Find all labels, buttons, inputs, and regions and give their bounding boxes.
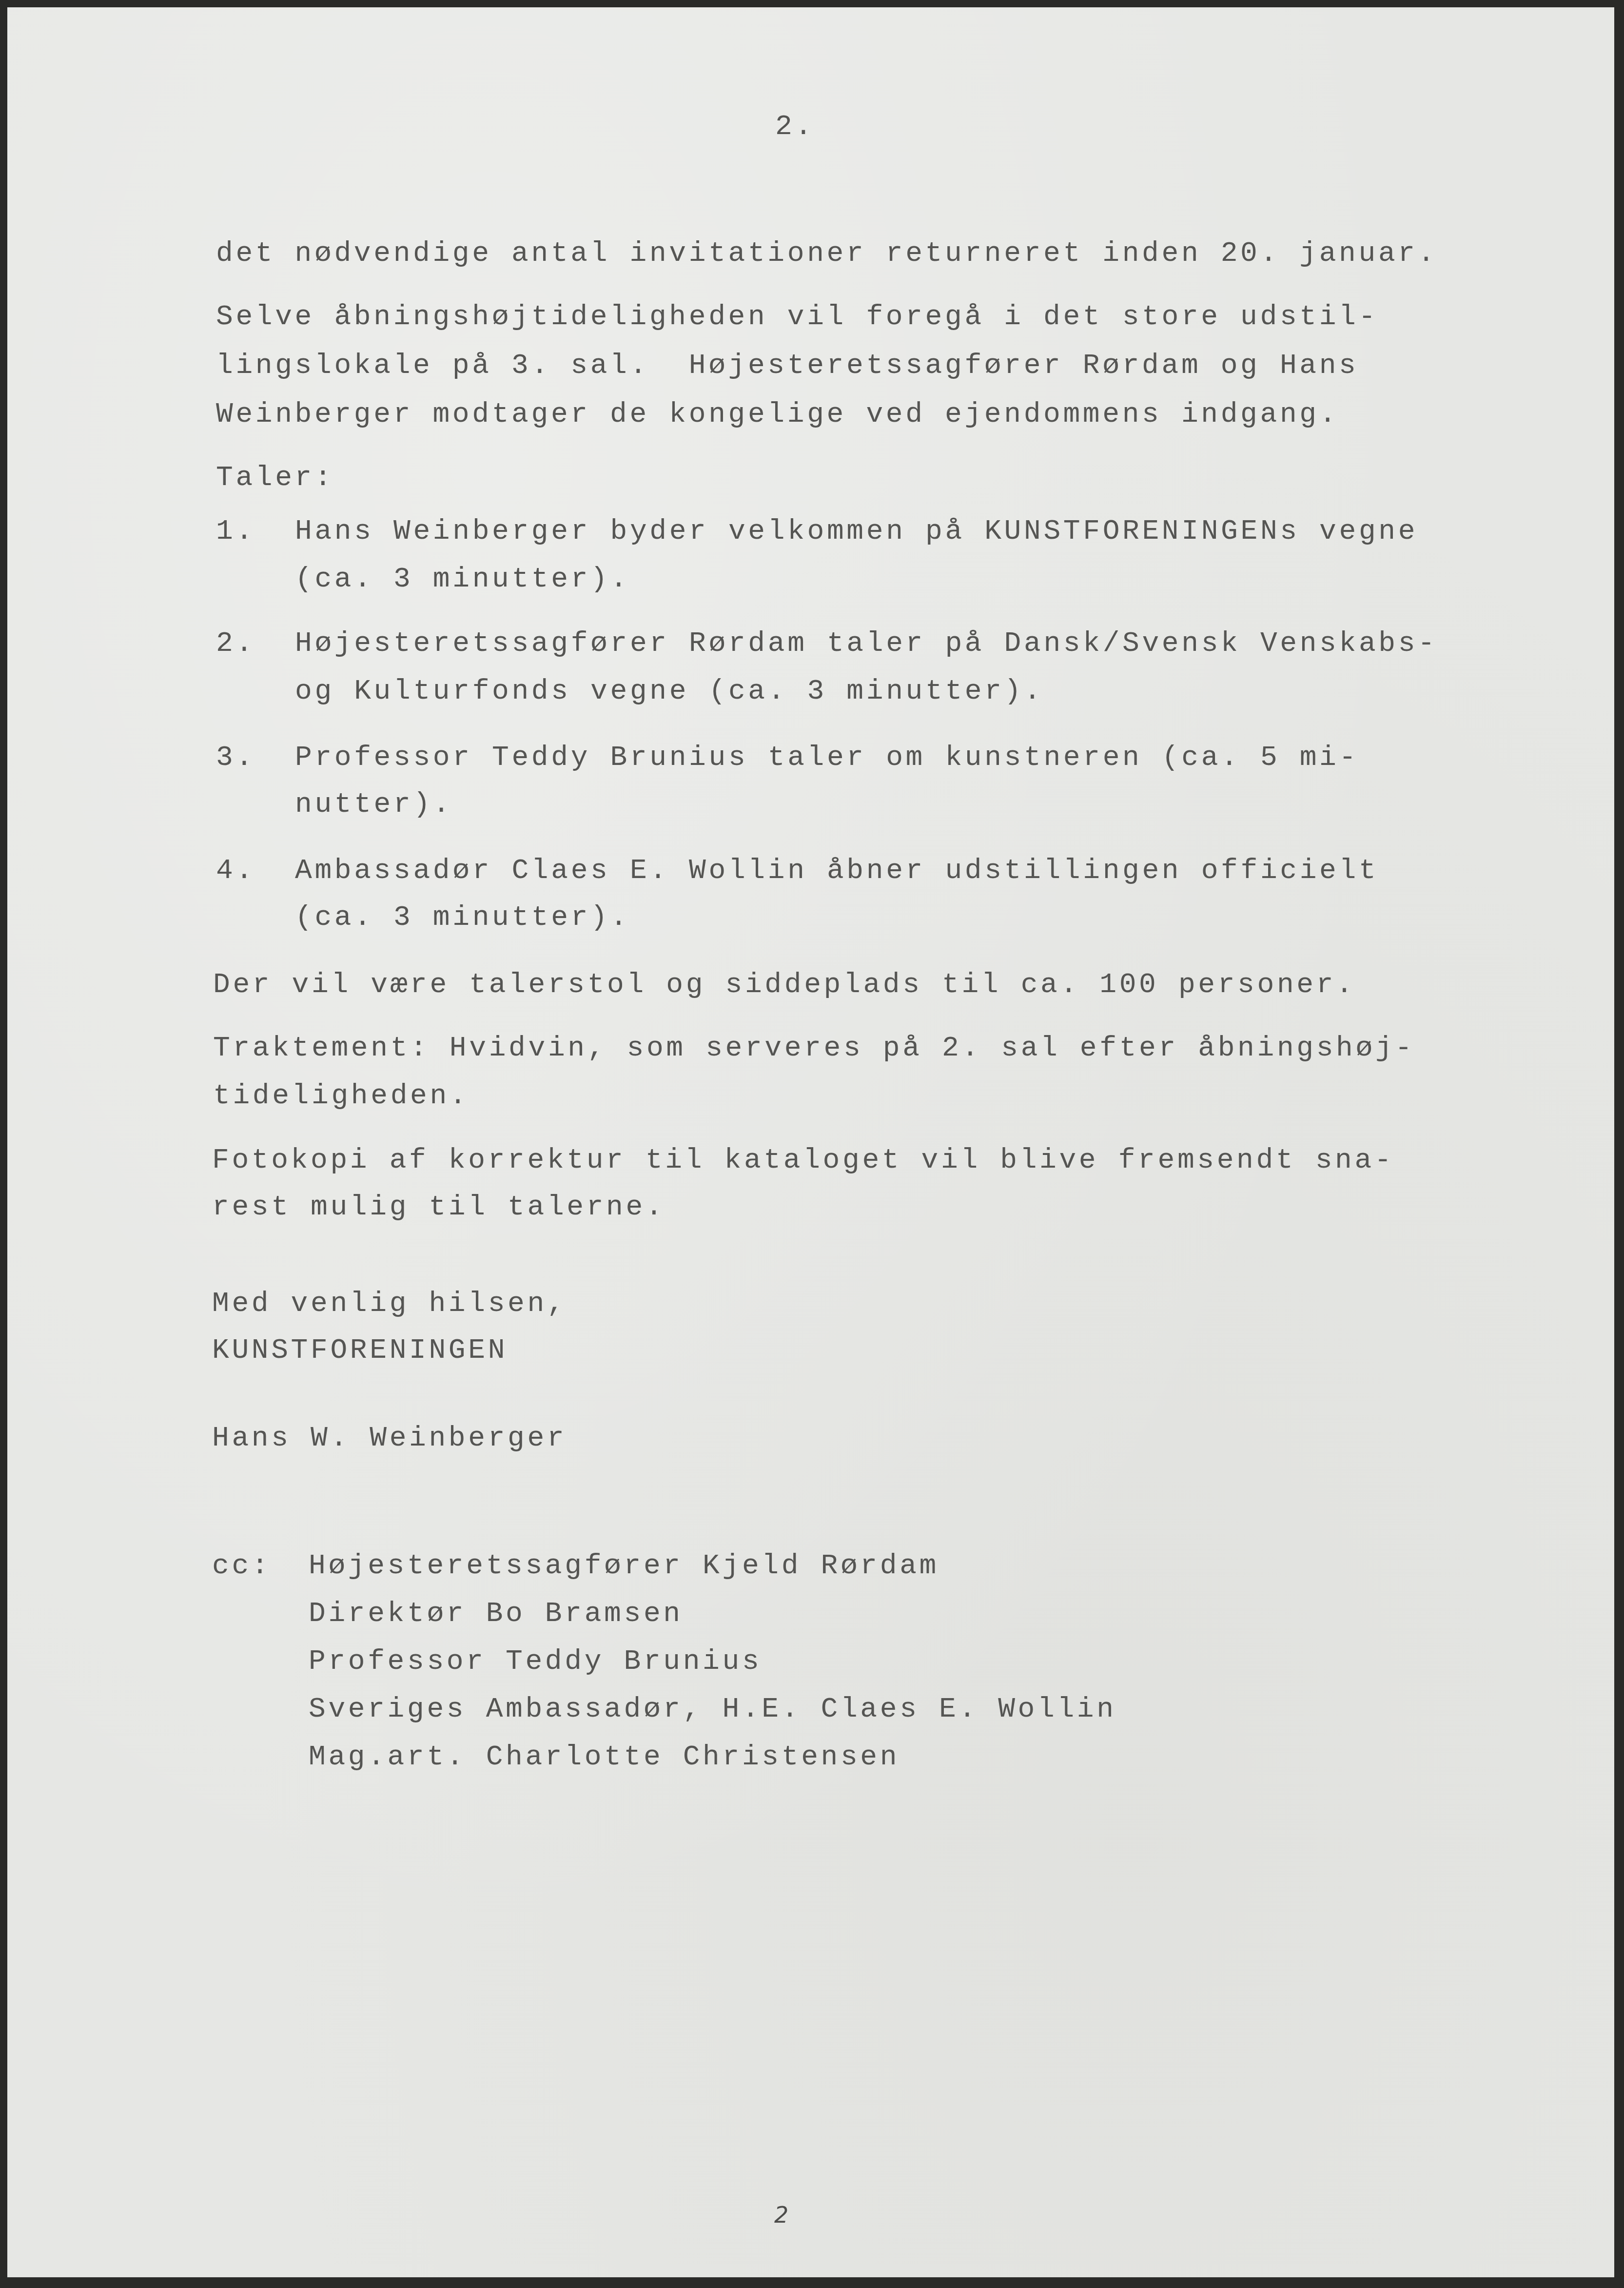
speaker-number: 3. (216, 744, 255, 772)
page-number: 2. (775, 113, 815, 141)
speaker-line: Ambassadør Claes E. Wollin åbner udstill… (295, 857, 1378, 885)
speaker-number: 2. (216, 630, 255, 658)
intro-line: det nødvendige antal invitationer return… (216, 240, 1437, 268)
speakers-heading: Taler: (216, 464, 334, 492)
speaker-line: nutter). (295, 791, 452, 819)
cc-label: cc: (212, 1552, 271, 1581)
cc-recipient: Professor Teddy Brunius (309, 1648, 762, 1676)
ceremony-paragraph-line: Weinberger modtager de kongelige ved eje… (216, 401, 1339, 429)
refreshments-line: tideligheden. (213, 1082, 469, 1111)
photocopy-line: rest mulig til talerne. (212, 1193, 665, 1222)
speaker-line: Hans Weinberger byder velkommen på KUNST… (295, 518, 1418, 546)
cc-recipient: Mag.art. Charlotte Christensen (309, 1743, 900, 1772)
speaker-line: og Kulturfonds vegne (ca. 3 minutter). (295, 678, 1043, 706)
closing-greeting: Med venlig hilsen, (212, 1290, 567, 1318)
speaker-line: (ca. 3 minutter). (295, 566, 630, 594)
seating-line: Der vil være talerstol og siddeplads til… (213, 971, 1356, 999)
speaker-line: Højesteretssagfører Rørdam taler på Dans… (295, 630, 1438, 658)
photocopy-line: Fotokopi af korrektur til kataloget vil … (212, 1147, 1394, 1175)
speaker-line: (ca. 3 minutter). (295, 904, 630, 932)
speaker-number: 1. (216, 518, 255, 546)
cc-recipient: Højesteretssagfører Kjeld Rørdam (309, 1552, 939, 1581)
ceremony-paragraph-line: lingslokale på 3. sal. Højesteretssagfør… (216, 352, 1359, 380)
document-page (7, 7, 1614, 2277)
closing-signatory: Hans W. Weinberger (212, 1425, 567, 1453)
speaker-number: 4. (216, 857, 255, 885)
ceremony-paragraph-line: Selve åbningshøjtideligheden vil foregå … (216, 303, 1378, 332)
refreshments-line: Traktement: Hvidvin, som serveres på 2. … (213, 1035, 1415, 1063)
cc-recipient: Direktør Bo Bramsen (309, 1600, 683, 1628)
handwritten-page-mark: 2 (774, 2204, 788, 2226)
cc-recipient: Sveriges Ambassadør, H.E. Claes E. Wolli… (309, 1696, 1116, 1724)
closing-organization: KUNSTFORENINGEN (212, 1337, 508, 1365)
speaker-line: Professor Teddy Brunius taler om kunstne… (295, 744, 1359, 772)
